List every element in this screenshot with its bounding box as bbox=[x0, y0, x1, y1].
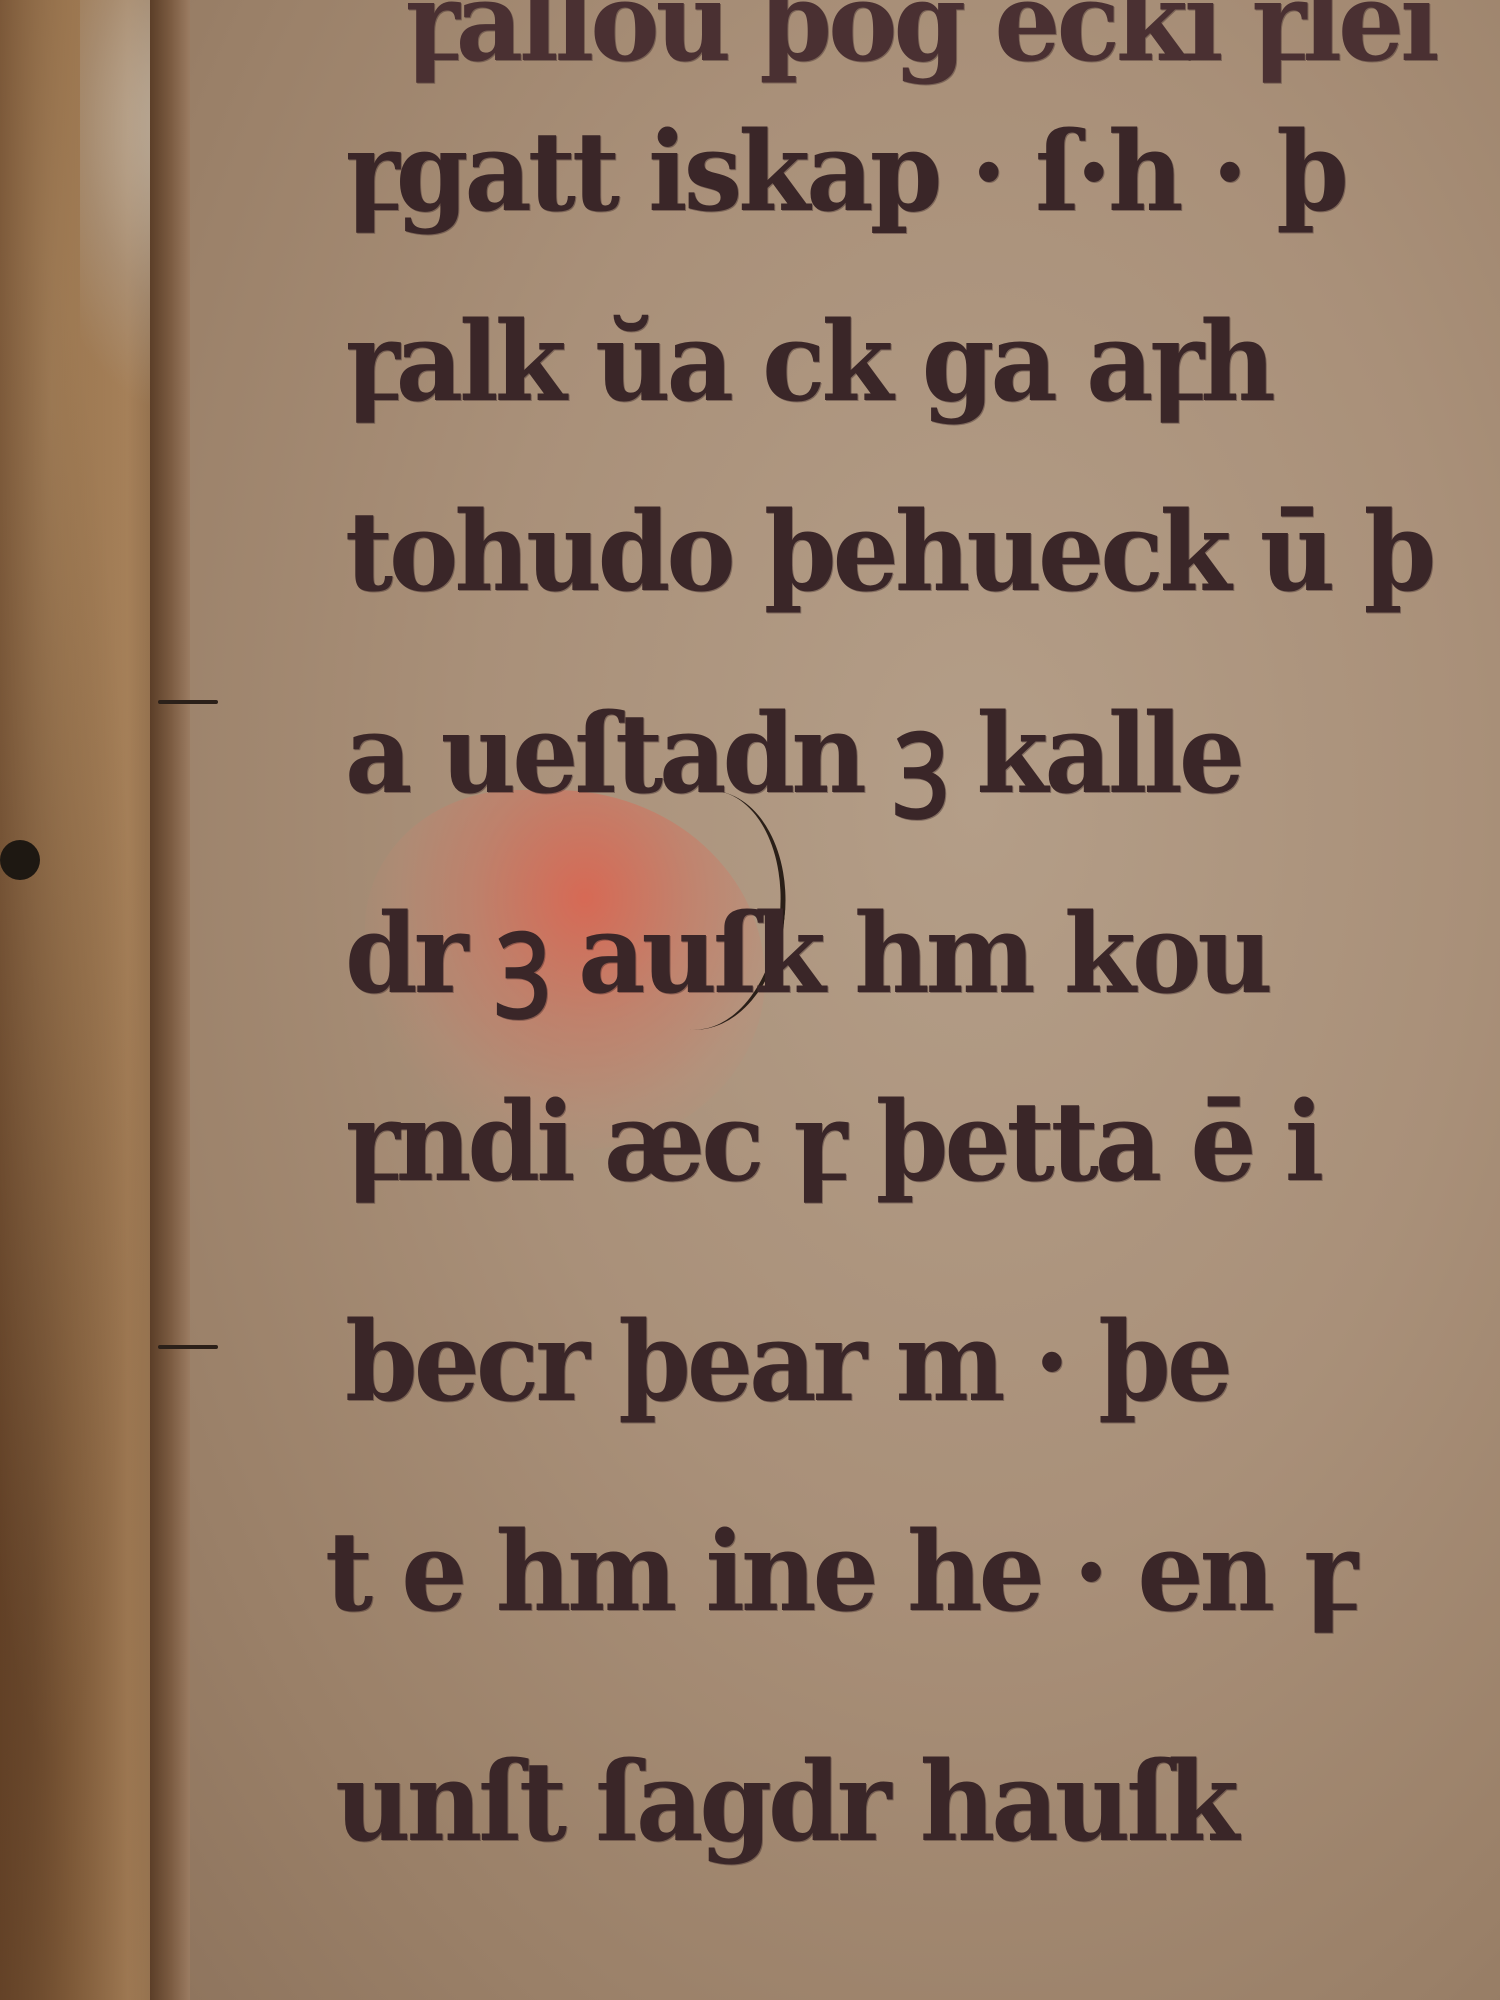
text-line: unſt ſagdr hauſk bbox=[335, 1737, 1235, 1866]
binding-stitch bbox=[158, 700, 218, 704]
text-line: ꝼgatt iskap · ſ·h · þ bbox=[345, 107, 1345, 236]
text-line: tohudo þehueck ū þ bbox=[345, 487, 1432, 616]
binding-stitch bbox=[158, 1345, 218, 1349]
text-line: ꝼallou þog ecki ꝼlei bbox=[405, 0, 1436, 86]
manuscript-photo: ꝼallou þog ecki ꝼlei ꝼgatt iskap · ſ·h ·… bbox=[0, 0, 1500, 2000]
text-line: becr þear m · þe bbox=[345, 1297, 1229, 1426]
text-line: t e hm ine he · en ꝼ bbox=[325, 1507, 1354, 1636]
binding-gutter bbox=[150, 0, 190, 2000]
text-line: ꝼndi æc ꝼ þetta ē i bbox=[345, 1077, 1320, 1206]
text-line: ꝼalk ŭa ck ga aꝼh bbox=[345, 297, 1272, 426]
text-line: dr ꝫ auſk hm kou bbox=[345, 876, 1269, 1024]
sewing-hole bbox=[0, 840, 40, 880]
text-line: a ueſtadn ꝫ kalle bbox=[345, 676, 1241, 824]
